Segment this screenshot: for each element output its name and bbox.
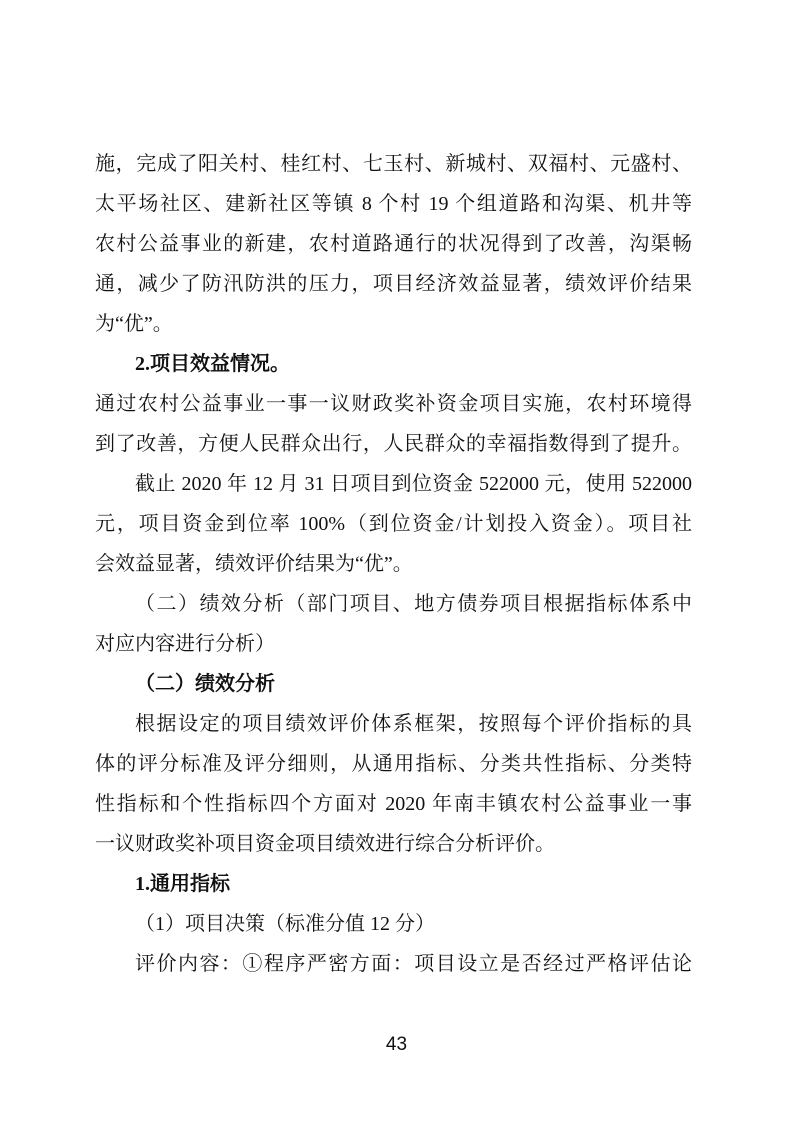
text-line: 通，减少了防汛防洪的压力，项目经济效益显著，绩效评价结果 bbox=[95, 264, 692, 304]
text-line: 一议财政奖补项目资金项目绩效进行综合分析评价。 bbox=[95, 824, 692, 864]
section-heading: （二）绩效分析 bbox=[95, 664, 692, 704]
text-line: 评价内容：①程序严密方面：项目设立是否经过严格评估论 bbox=[95, 944, 692, 984]
text-line: 为“优”。 bbox=[95, 304, 692, 344]
text-line: 通过农村公益事业一事一议财政奖补资金项目实施，农村环境得 bbox=[95, 384, 692, 424]
text-line: 性指标和个性指标四个方面对 2020 年南丰镇农村公益事业一事 bbox=[95, 784, 692, 824]
text-line: 体的评分标准及评分细则，从通用指标、分类共性指标、分类特 bbox=[95, 744, 692, 784]
text-line: （二）绩效分析（部门项目、地方债券项目根据指标体系中 bbox=[95, 584, 692, 624]
page-content: 施，完成了阳关村、桂红村、七玉村、新城村、双福村、元盛村、 太平场社区、建新社区… bbox=[95, 144, 692, 984]
section-heading: 2.项目效益情况。 bbox=[95, 344, 692, 384]
text-line: （1）项目决策（标准分值 12 分） bbox=[95, 904, 692, 944]
text-line: 太平场社区、建新社区等镇 8 个村 19 个组道路和沟渠、机井等 bbox=[95, 184, 692, 224]
text-line: 农村公益事业的新建，农村道路通行的状况得到了改善，沟渠畅 bbox=[95, 224, 692, 264]
text-line: 根据设定的项目绩效评价体系框架，按照每个评价指标的具 bbox=[95, 704, 692, 744]
text-line: 对应内容进行分析） bbox=[95, 624, 692, 664]
text-line: 施，完成了阳关村、桂红村、七玉村、新城村、双福村、元盛村、 bbox=[95, 144, 692, 184]
page-number: 43 bbox=[0, 1034, 793, 1056]
section-heading: 1.通用指标 bbox=[95, 864, 692, 904]
text-line: 截止 2020 年 12 月 31 日项目到位资金 522000 元，使用 52… bbox=[95, 464, 692, 504]
text-line: 到了改善，方便人民群众出行，人民群众的幸福指数得到了提升。 bbox=[95, 424, 692, 464]
text-line: 元，项目资金到位率 100%（到位资金/计划投入资金）。项目社 bbox=[95, 504, 692, 544]
document-page: 施，完成了阳关村、桂红村、七玉村、新城村、双福村、元盛村、 太平场社区、建新社区… bbox=[0, 0, 793, 1122]
text-line: 会效益显著，绩效评价结果为“优”。 bbox=[95, 544, 692, 584]
